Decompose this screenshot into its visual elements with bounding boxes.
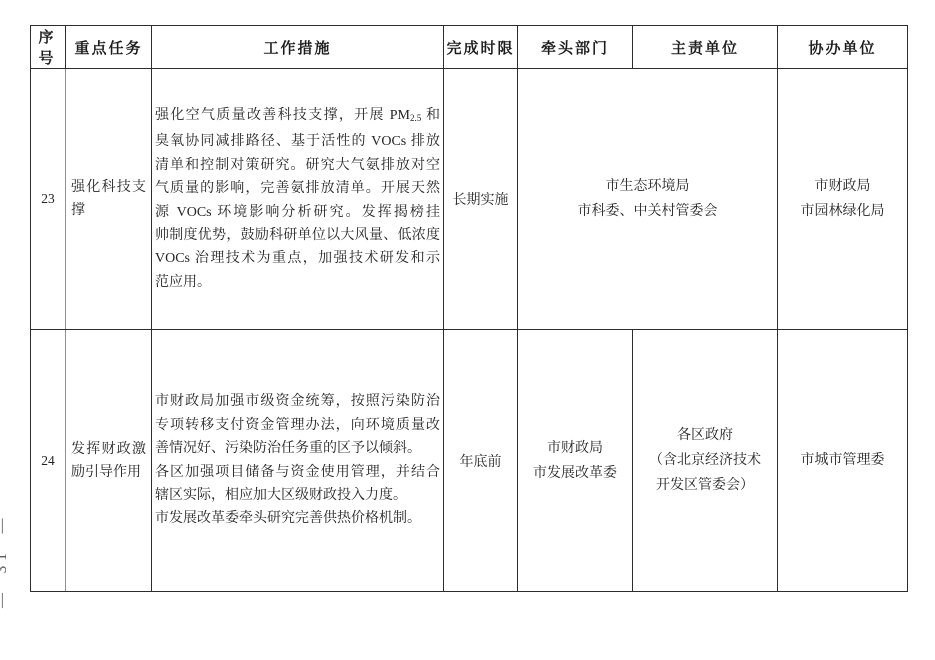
measures-line: 强化空气质量改善科技支撑，开展 PM2.5 和	[155, 104, 440, 130]
unit-line: 市城市管理委	[778, 448, 907, 473]
header-serial-number: 序号	[31, 26, 66, 69]
cell-measures-24: 市财政局加强市级资金统筹，按照污染防治 专项转移支付资金管理办法，向环境质量改 …	[152, 330, 444, 592]
header-key-task: 重点任务	[66, 26, 152, 69]
pm-subscript: 2.5	[410, 113, 421, 123]
measures-line: 清单和控制对策研究。研究大气氨排放对空	[155, 154, 440, 177]
measures-line: 帅制度优势，鼓励科研单位以大风量、低浓度	[155, 224, 440, 247]
cell-assist-24: 市城市管理委	[778, 330, 908, 592]
cell-task-24: 发挥财政激励引导作用	[66, 330, 152, 592]
header-deadline: 完成时限	[444, 26, 518, 69]
unit-line: 市发展改革委	[518, 461, 632, 486]
unit-line: 市生态环境局	[518, 174, 777, 199]
unit-line: 市财政局	[778, 174, 907, 199]
unit-line: 市园林绿化局	[778, 199, 907, 224]
table-row-23: 23 强化科技支撑 强化空气质量改善科技支撑，开展 PM2.5 和 臭氧协同减排…	[31, 69, 908, 330]
cell-task-23: 强化科技支撑	[66, 69, 152, 330]
header-lead-department: 牵头部门	[518, 26, 633, 69]
measures-line: VOCs 治理技术为重点，加强技术研发和示	[155, 247, 440, 270]
measures-line: 辖区实际，相应加大区级财政投入力度。	[155, 484, 440, 507]
cell-lead-responsible-merged-23: 市生态环境局 市科委、中关村管委会	[518, 69, 778, 330]
header-work-measures: 工作措施	[152, 26, 444, 69]
measures-line: 臭氧协同减排路径、基于活性的 VOCs 排放	[155, 130, 440, 153]
measures-text: 强化空气质量改善科技支撑，开展 PM	[155, 108, 410, 123]
measures-line: 气质量的影响，完善氨排放清单。开展天然	[155, 177, 440, 200]
unit-line: 各区政府	[633, 423, 777, 448]
cell-deadline-24: 年底前	[444, 330, 518, 592]
measures-line: 源 VOCs 环境影响分析研究。发挥揭榜挂	[155, 201, 440, 224]
header-responsible-unit: 主责单位	[633, 26, 778, 69]
cell-serial-23: 23	[31, 69, 66, 330]
header-assisting-unit: 协办单位	[778, 26, 908, 69]
measures-line: 市发展改革委牵头研究完善供热价格机制。	[155, 507, 440, 530]
measures-text: 和	[421, 108, 440, 123]
cell-measures-23: 强化空气质量改善科技支撑，开展 PM2.5 和 臭氧协同减排路径、基于活性的 V…	[152, 69, 444, 330]
unit-line: 市财政局	[518, 436, 632, 461]
measures-line: 善情况好、污染防治任务重的区予以倾斜。	[155, 437, 440, 460]
measures-line: 市财政局加强市级资金统筹，按照污染防治	[155, 390, 440, 413]
measures-line: 各区加强项目储备与资金使用管理，并结合	[155, 461, 440, 484]
page-number: — 31 —	[0, 528, 10, 608]
cell-deadline-23: 长期实施	[444, 69, 518, 330]
unit-line: 市科委、中关村管委会	[518, 199, 777, 224]
measures-line: 专项转移支付资金管理办法，向环境质量改	[155, 414, 440, 437]
unit-line: （含北京经济技术	[633, 448, 777, 473]
cell-responsible-24: 各区政府 （含北京经济技术 开发区管委会）	[633, 330, 778, 592]
unit-line: 开发区管委会）	[633, 473, 777, 498]
cell-assist-23: 市财政局 市园林绿化局	[778, 69, 908, 330]
table-header-row: 序号 重点任务 工作措施 完成时限 牵头部门 主责单位 协办单位	[31, 26, 908, 69]
cell-lead-24: 市财政局 市发展改革委	[518, 330, 633, 592]
measures-line: 范应用。	[155, 271, 440, 294]
table-row-24: 24 发挥财政激励引导作用 市财政局加强市级资金统筹，按照污染防治 专项转移支付…	[31, 330, 908, 592]
cell-serial-24: 24	[31, 330, 66, 592]
task-table: 序号 重点任务 工作措施 完成时限 牵头部门 主责单位 协办单位 23 强化科技…	[30, 25, 908, 592]
